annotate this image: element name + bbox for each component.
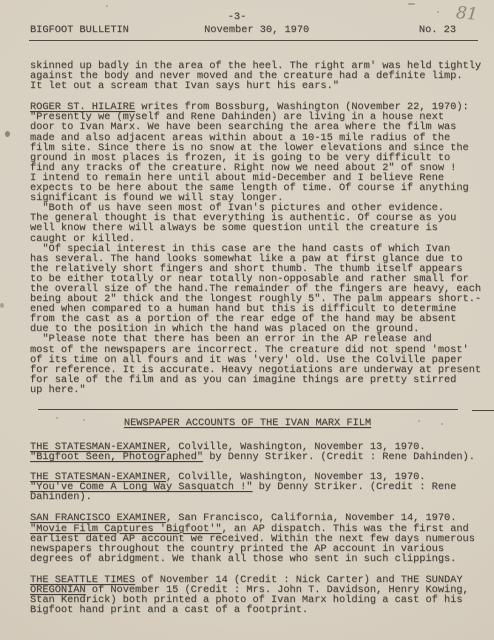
newspaper-entry-seattle-times-oregonian: THE SEATTLE TIMES of November 14 (Credit… — [30, 575, 494, 615]
article-title: "Bigfoot Seen, Photographed" — [30, 451, 203, 463]
newspaper-entry-statesman-examiner-1: THE STATESMAN-EXAMINER, Colville, Washin… — [30, 442, 494, 462]
scan-speck — [408, 3, 415, 5]
scan-speck — [0, 303, 4, 308]
divider-line — [38, 409, 458, 410]
scan-speck — [437, 11, 439, 13]
scan-speck — [441, 423, 443, 425]
continued-paragraph: skinned up badly in the area of the heel… — [30, 61, 494, 91]
entry-text: by Denny Striker. (Credit : Rene Dahinde… — [203, 451, 475, 463]
newspaper-entry-sf-examiner: SAN FRANCISCO EXAMINER, San Francisco, C… — [30, 513, 494, 563]
scan-speck — [5, 131, 10, 137]
letter-text: writes from Bossburg, Washington (Novemb… — [30, 101, 481, 396]
newspaper-section-heading: NEWSPAPER ACCOUNTS OF THE IVAN MARX FILM — [30, 417, 465, 429]
newspaper-entry-statesman-examiner-2: THE STATESMAN-EXAMINER, Colville, Washin… — [30, 472, 494, 502]
page-body: skinned up badly in the area of the heel… — [30, 10, 494, 615]
divider-line-right-segment — [472, 410, 494, 411]
scan-speck — [106, 5, 108, 7]
scanned-bulletin-page: -3- 81 BIGFOOT BULLETIN November 30, 197… — [0, 0, 494, 640]
letter-roger-st-hilaire: ROGER ST. HILAIRE writes from Bossburg, … — [30, 102, 494, 395]
entry-text: of November 15 (Credit : Mrs. John T. Da… — [30, 584, 469, 616]
scan-speck — [418, 420, 420, 422]
scan-speck — [83, 419, 85, 421]
scan-speck — [56, 417, 58, 419]
section-divider — [30, 409, 494, 411]
